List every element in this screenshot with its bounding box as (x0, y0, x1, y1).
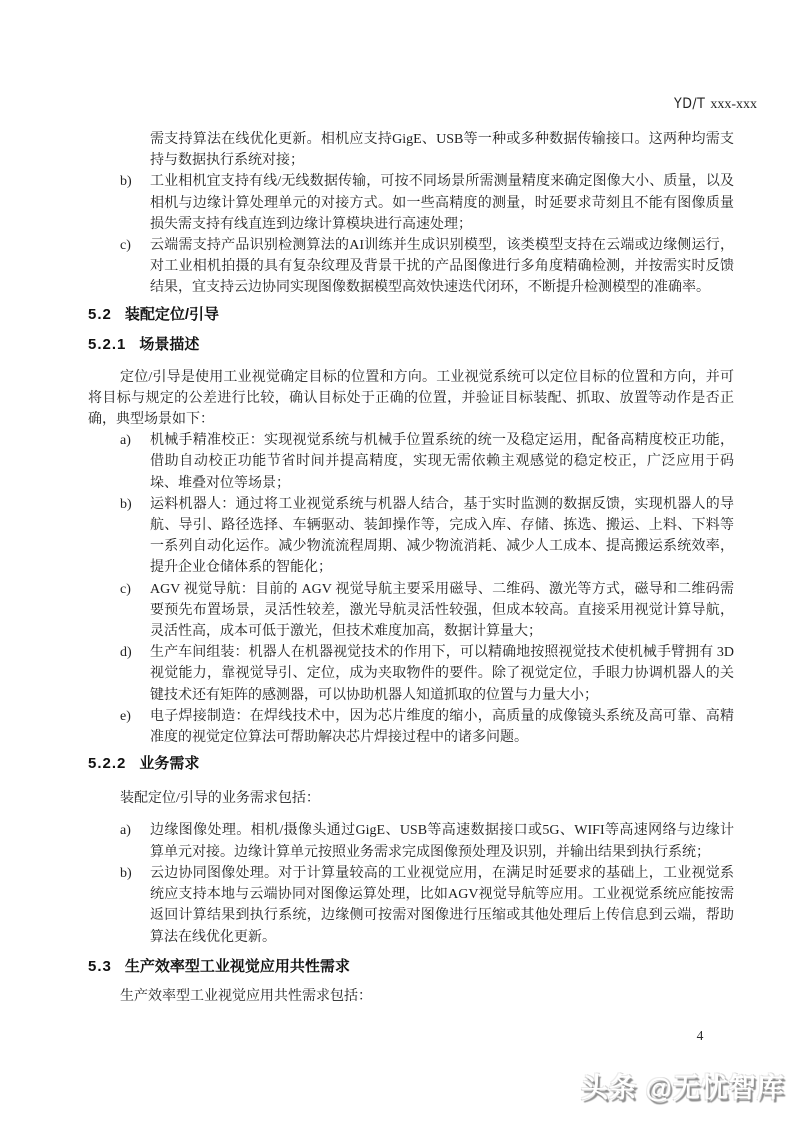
section-number: 5.3 (88, 958, 112, 975)
list-item-label: b) (120, 171, 146, 192)
section-title: 装配定位/引导 (125, 306, 219, 323)
list-item-label: b) (120, 494, 146, 515)
list-item-label: d) (120, 642, 146, 663)
section-number: 5.2.2 (88, 755, 126, 772)
list-item: c) 云端需支持产品识别检测算法的AI训练并生成识别模型，该类模型支持在云端或边… (88, 235, 734, 299)
section-title: 生产效率型工业视觉应用共性需求 (125, 958, 350, 975)
section-number: 5.2 (88, 306, 112, 323)
section-title: 场景描述 (139, 336, 199, 353)
section-number: 5.2.1 (88, 336, 126, 353)
list-item-label: c) (120, 235, 146, 256)
paragraph-scene-description: 定位/引导是使用工业视觉确定目标的位置和方向。工业视觉系统可以定位目标的位置和方… (88, 367, 734, 431)
list-item-continuation: 需支持算法在线优化更新。相机应支持GigE、USB等一种或多种数据传输接口。这两… (88, 129, 734, 171)
section-heading-5-3: 5.3生产效率型工业视觉应用共性需求 (88, 956, 734, 978)
list-item-label: a) (120, 430, 146, 451)
list-item: e) 电子焊接制造：在焊线技术中，因为芯片维度的缩小，高质量的成像镜头系统及高可… (88, 706, 734, 748)
list-item: b) 运料机器人：通过将工业视觉系统与机器人结合，基于实时监测的数据反馈，实现机… (88, 494, 734, 579)
list-item-text: 需支持算法在线优化更新。相机应支持GigE、USB等一种或多种数据传输接口。这两… (150, 132, 734, 168)
section-title: 业务需求 (139, 755, 199, 772)
section-heading-5-2-2: 5.2.2业务需求 (88, 753, 734, 775)
list-item-label: e) (120, 706, 146, 727)
list-item-label: a) (120, 820, 146, 841)
paragraph-business-requirements: 装配定位/引导的业务需求包括： (88, 788, 734, 809)
list-item: a) 机械手精准校正：实现视觉系统与机械手位置系统的统一及稳定运用，配备高精度校… (88, 430, 734, 494)
list-item: d) 生产车间组装：机器人在机器视觉技术的作用下，可以精确地按照视觉技术使机械手… (88, 642, 734, 706)
watermark-label: 头条 @无忧智库 (581, 1071, 785, 1105)
list-item-text: 边缘图像处理。相机/摄像头通过GigE、USB等高速数据接口或5G、WIFI等高… (150, 823, 734, 859)
list-item-label: c) (120, 579, 146, 600)
list-item-text: 机械手精准校正：实现视觉系统与机械手位置系统的统一及稳定运用，配备高精度校正功能… (150, 433, 734, 490)
document-body: 需支持算法在线优化更新。相机应支持GigE、USB等一种或多种数据传输接口。这两… (88, 0, 734, 1007)
list-item-text: 电子焊接制造：在焊线技术中，因为芯片维度的缩小，高质量的成像镜头系统及高可靠、高… (150, 709, 734, 745)
section-heading-5-2: 5.2装配定位/引导 (88, 304, 734, 326)
list-item: b) 云边协同图像处理。对于计算量较高的工业视觉应用，在满足时延要求的基础上，工… (88, 863, 734, 948)
list-item-text: 工业相机宜支持有线/无线数据传输，可按不同场景所需测量精度来确定图像大小、质量，… (150, 174, 734, 231)
list-item: c) AGV 视觉导航：目前的 AGV 视觉导航主要采用磁导、二维码、激光等方式… (88, 579, 734, 643)
list-item-text: 运料机器人：通过将工业视觉系统与机器人结合，基于实时监测的数据反馈，实现机器人的… (150, 497, 734, 576)
list-item-label: b) (120, 863, 146, 884)
list-item: a) 边缘图像处理。相机/摄像头通过GigE、USB等高速数据接口或5G、WIF… (88, 820, 734, 862)
paragraph-common-requirements: 生产效率型工业视觉应用共性需求包括： (88, 986, 734, 1007)
list-item-text: AGV 视觉导航：目前的 AGV 视觉导航主要采用磁导、二维码、激光等方式，磁导… (150, 582, 734, 639)
list-item-text: 云端需支持产品识别检测算法的AI训练并生成识别模型，该类模型支持在云端或边缘侧运… (150, 238, 734, 295)
list-item-text: 生产车间组装：机器人在机器视觉技术的作用下，可以精确地按照视觉技术使机械手臂拥有… (150, 645, 734, 702)
section-heading-5-2-1: 5.2.1场景描述 (88, 334, 734, 356)
list-item-text: 云边协同图像处理。对于计算量较高的工业视觉应用，在满足时延要求的基础上，工业视觉… (150, 866, 734, 945)
page-number: 4 (688, 1028, 712, 1044)
document-page: YD/Txxx-xxx 需支持算法在线优化更新。相机应支持GigE、USB等一种… (0, 0, 793, 1121)
list-item: b) 工业相机宜支持有线/无线数据传输，可按不同场景所需测量精度来确定图像大小、… (88, 171, 734, 235)
